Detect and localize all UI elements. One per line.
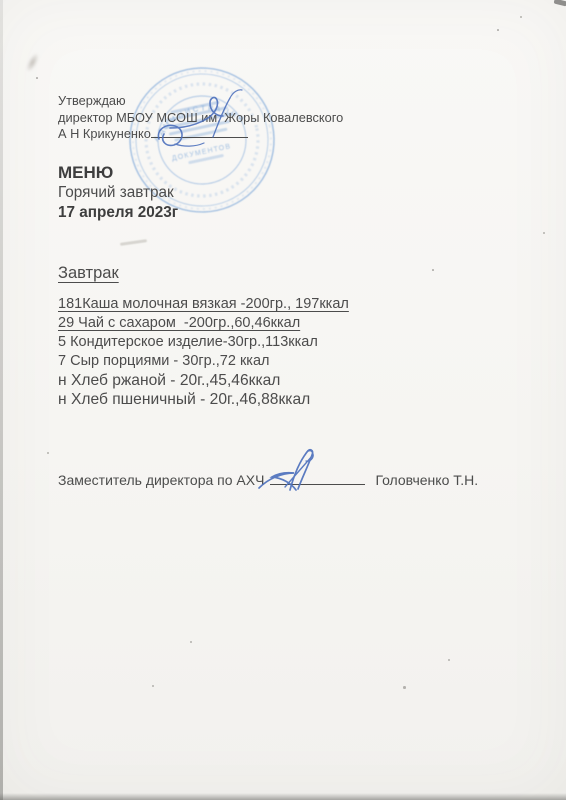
approval-line-3: А Н Крикуненко [58,126,343,143]
deputy-name: Головченко Т.Н. [375,472,478,488]
approval-block: Утверждаю директор МБОУ МСОШ им. Жоры Ко… [58,93,343,143]
approver-name: А Н Крикуненко [58,126,151,141]
menu-item: 7 Сыр порциями - 30гр.,72 ккал [58,352,349,371]
approval-line-2: директор МБОУ МСОШ им. Жоры Ковалевского [58,110,343,127]
menu-item: н Хлеб ржаной - 20г.,45,46ккал [58,371,349,390]
menu-date: 17 апреля 2023г [58,203,178,223]
menu-item: 181Каша молочная вязкая -200гр., 197ккал [58,295,349,314]
approval-line-1: Утверждаю [58,93,343,110]
section-heading: Завтрак [58,264,119,283]
scanned-menu-document: { "colors": { "ink": "#4c4c4c", "ink_str… [0,0,566,800]
deputy-title: Заместитель директора по АХЧ [58,472,264,488]
approval-signature-line [151,135,248,138]
menu-item: 29 Чай с сахаром -200гр.,60,46ккал [58,314,349,333]
menu-item-list: 181Каша молочная вязкая -200гр., 197ккал… [58,295,349,409]
deputy-signature-line [270,482,365,485]
menu-item: н Хлеб пшеничный - 20г.,46,88ккал [58,390,349,409]
menu-title: МЕНЮ [58,162,178,183]
menu-header: МЕНЮ Горячий завтрак 17 апреля 2023г [58,162,178,223]
menu-item: 5 Кондитерское изделие-30гр.,113ккал [58,333,349,352]
footer-signature-row: Заместитель директора по АХЧГоловченко Т… [58,472,478,488]
menu-subtitle: Горячий завтрак [58,183,178,203]
